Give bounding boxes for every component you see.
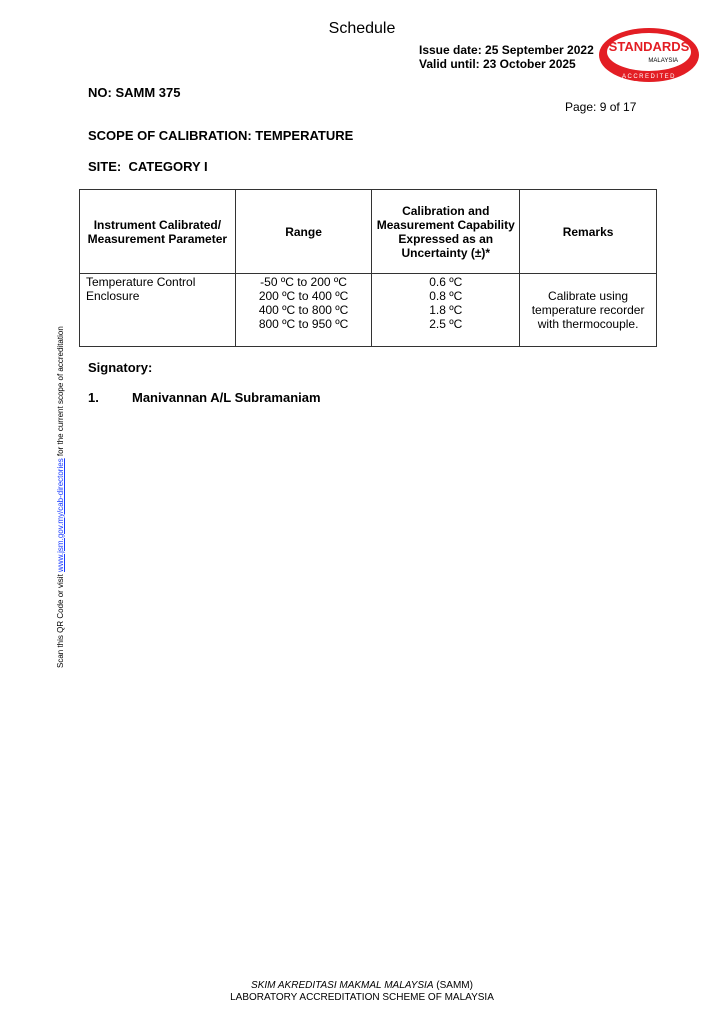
scope-heading: SCOPE OF CALIBRATION: TEMPERATURE	[88, 128, 353, 143]
signatory-number: 1.	[88, 390, 99, 405]
header-range: Range	[235, 190, 372, 274]
page-number: Page: 9 of 17	[565, 100, 636, 114]
footer-line1: SKIM AKREDITASI MAKMAL MALAYSIA (SAMM)	[0, 980, 724, 992]
cell-uncertainties: 0.6 ºC 0.8 ºC 1.8 ºC 2.5 ºC	[372, 274, 520, 347]
accreditation-note: Scan this QR Code or visit www.jsm.gov.m…	[56, 326, 65, 668]
issue-date: Issue date: 25 September 2022	[419, 43, 594, 57]
svg-text:MALAYSIA: MALAYSIA	[648, 58, 678, 64]
note-text: Scan this QR Code or visit	[56, 572, 65, 668]
cell-remarks: Calibrate using temperature recorder wit…	[520, 274, 657, 347]
range-value: -50 ºC to 200 ºC	[242, 275, 366, 289]
footer-scheme-malay: SKIM AKREDITASI MAKMAL MALAYSIA	[251, 980, 433, 991]
table-header-row: Instrument Calibrated/ Measurement Param…	[80, 190, 657, 274]
document-number: NO: SAMM 375	[88, 85, 180, 100]
header-remarks: Remarks	[520, 190, 657, 274]
uncertainty-value: 2.5 ºC	[378, 317, 513, 331]
signatory-name: Manivannan A/L Subramaniam	[132, 390, 321, 405]
uncertainty-value: 0.6 ºC	[378, 275, 513, 289]
svg-text:STANDARDS: STANDARDS	[609, 39, 690, 54]
table-row: Temperature Control Enclosure -50 ºC to …	[80, 274, 657, 347]
note-text: for the current scope of accreditation	[56, 326, 65, 458]
standards-malaysia-logo-icon: STANDARDS MALAYSIA ACCREDITED	[598, 27, 700, 83]
footer: SKIM AKREDITASI MAKMAL MALAYSIA (SAMM) L…	[0, 980, 724, 1004]
svg-text:ACCREDITED: ACCREDITED	[622, 74, 676, 80]
range-value: 200 ºC to 400 ºC	[242, 289, 366, 303]
uncertainty-value: 0.8 ºC	[378, 289, 513, 303]
valid-until: Valid until: 23 October 2025	[419, 57, 594, 71]
cell-instrument: Temperature Control Enclosure	[80, 274, 236, 347]
signatory-label: Signatory:	[88, 360, 152, 375]
cell-ranges: -50 ºC to 200 ºC 200 ºC to 400 ºC 400 ºC…	[235, 274, 372, 347]
issue-dates: Issue date: 25 September 2022 Valid unti…	[419, 43, 594, 71]
calibration-table: Instrument Calibrated/ Measurement Param…	[79, 189, 657, 347]
header-uncertainty: Calibration and Measurement Capability E…	[372, 190, 520, 274]
footer-line2: LABORATORY ACCREDITATION SCHEME OF MALAY…	[0, 992, 724, 1004]
header-instrument: Instrument Calibrated/ Measurement Param…	[80, 190, 236, 274]
range-value: 400 ºC to 800 ºC	[242, 303, 366, 317]
cab-directories-link[interactable]: www.jsm.gov.my/cab-directories	[56, 458, 65, 572]
site-heading: SITE: CATEGORY I	[88, 159, 208, 174]
uncertainty-value: 1.8 ºC	[378, 303, 513, 317]
range-value: 800 ºC to 950 ºC	[242, 317, 366, 331]
footer-abbrev: (SAMM)	[434, 980, 473, 991]
